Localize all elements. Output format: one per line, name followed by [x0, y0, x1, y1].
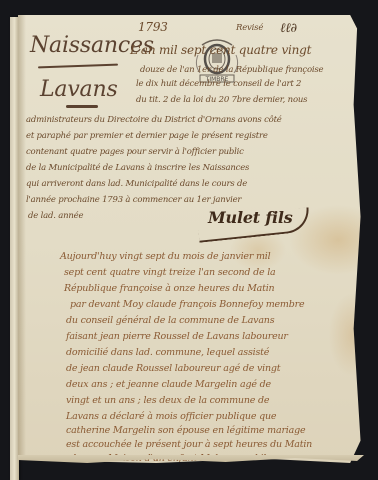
- preamble-line: de lad. année: [28, 211, 83, 221]
- entry-line: faisant jean pierre Roussel de Lavans la…: [66, 331, 288, 342]
- entry-line: domicilié dans lad. commune, lequel assi…: [66, 347, 269, 358]
- page-shadow: [18, 15, 26, 463]
- preamble-line: du tit. 2 de la loi du 20 7bre dernier, …: [136, 95, 307, 105]
- entry-line: par devant Moy claude françois Bonnefoy …: [70, 299, 304, 310]
- preamble-line: de la Municipalité de Lavans à inscrire …: [26, 163, 249, 173]
- document-page: Naissances Lavans 1793 Revisé ℓℓ∂ TIMBRE…: [18, 15, 364, 463]
- preamble-line: qui arriveront dans lad. Municipalité da…: [26, 179, 247, 189]
- entry-line: catherine Margelin son épouse en légitim…: [66, 425, 305, 436]
- entry-line: République françoise à onze heures du Ma…: [64, 283, 274, 294]
- preamble-line: le dix huit décembre le conseil de l'art…: [136, 79, 301, 89]
- preamble-line: douze de l'an 1er de la République franç…: [140, 65, 323, 75]
- entry-line: sept cent quatre vingt treize l'an secon…: [64, 267, 276, 278]
- preamble-line: l'année prochaine 1793 à commencer au 1e…: [26, 195, 241, 205]
- preamble-line: L'an mil sept cent quatre vingt: [130, 43, 311, 57]
- document-scan: Naissances Lavans 1793 Revisé ℓℓ∂ TIMBRE…: [0, 0, 378, 480]
- entry-line: a donné le nom de philippe Seraphin en B…: [74, 465, 260, 474]
- entry-line: deux ans ; et jeanne claude Margelin agé…: [66, 379, 271, 390]
- entry-line: du conseil général de la commune de Lava…: [66, 315, 274, 326]
- entry-line: est accouchée le présent jour à sept heu…: [66, 439, 312, 450]
- header-year: 1793: [138, 20, 168, 34]
- entry-line: Lavans a déclaré à mois officier publiqu…: [66, 411, 276, 422]
- preamble-line: contenant quatre pages pour servir à l'o…: [26, 147, 244, 157]
- paraph-mark: ℓℓ∂: [280, 20, 297, 36]
- entry-line: vingt et un ans ; les deux de la commune…: [66, 395, 269, 406]
- entry-line: Aujourd'huy vingt sept du mois de janvie…: [60, 251, 270, 262]
- preamble-line: et paraphé par premier et dernier page l…: [26, 131, 268, 141]
- preamble-line: administrateurs du Directoire du Distric…: [26, 115, 282, 125]
- place-underline: [66, 105, 98, 108]
- title-flourish: [38, 64, 118, 69]
- register-note: Revisé: [236, 23, 263, 33]
- entry-line: de jean claude Roussel laboureur agé de …: [66, 363, 280, 374]
- margin-title-place: Lavans: [40, 77, 118, 102]
- binding-strip: [10, 17, 19, 480]
